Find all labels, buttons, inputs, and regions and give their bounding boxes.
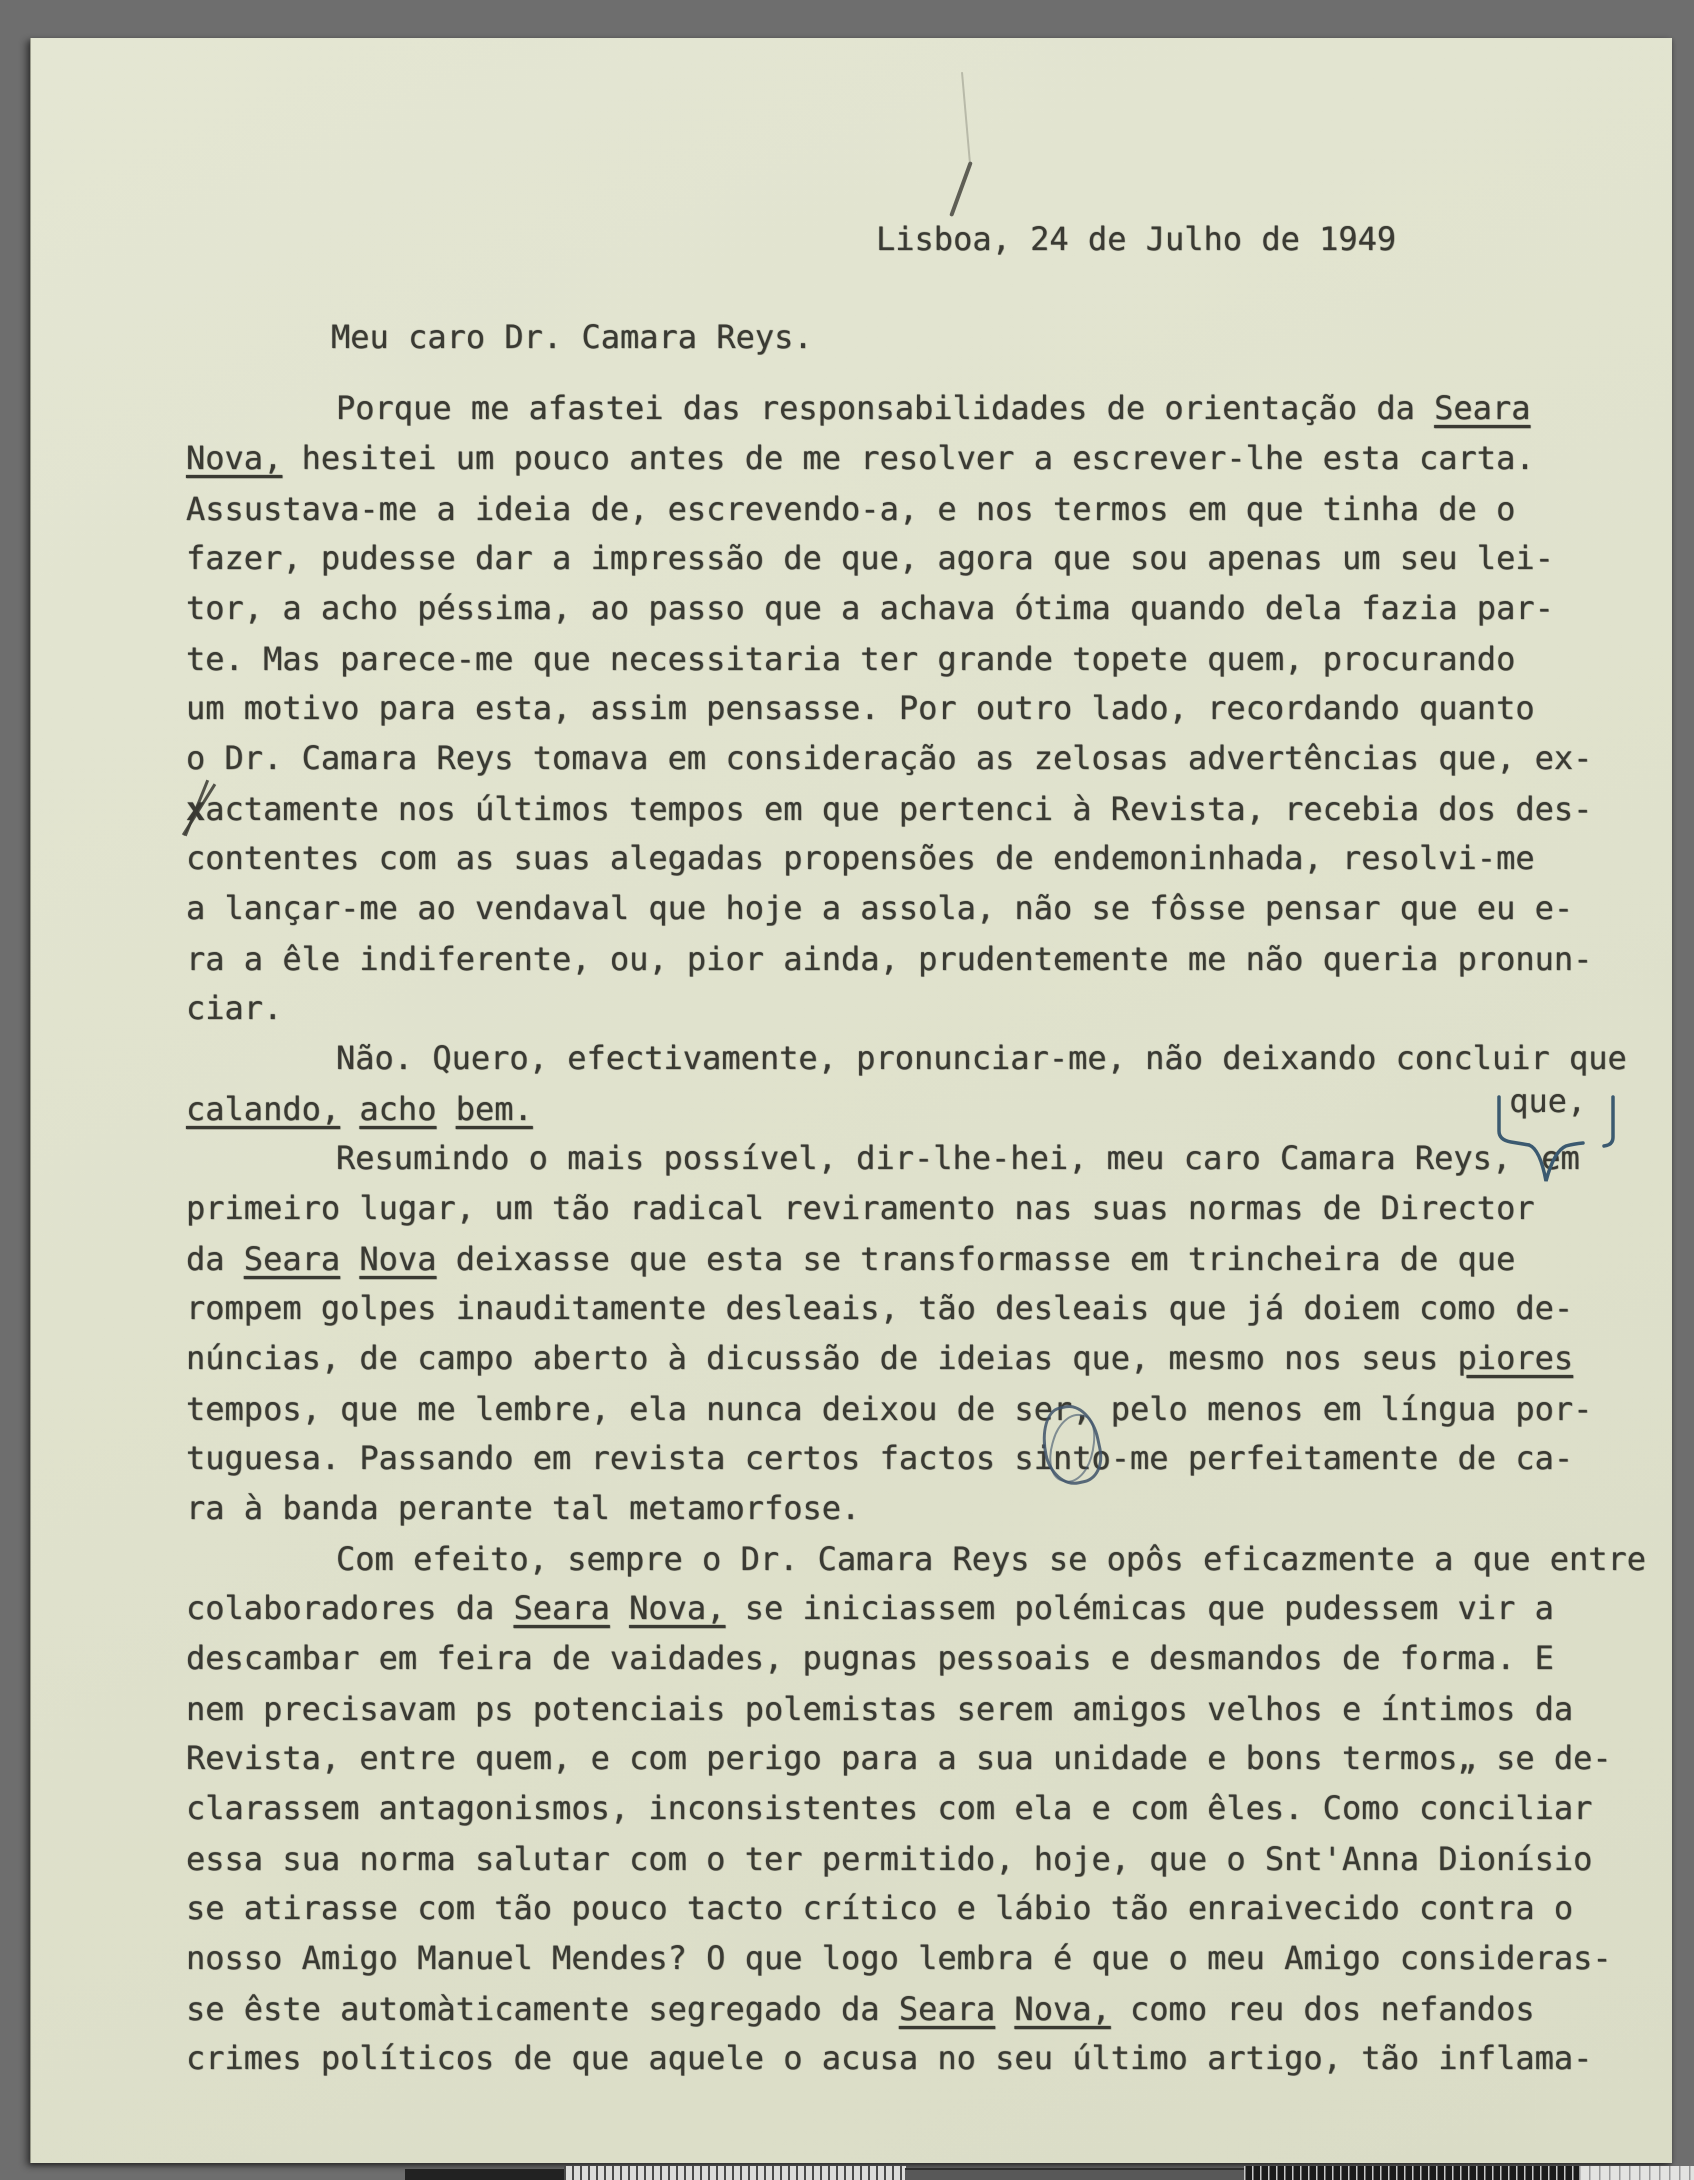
pen-stroke-mark: [949, 161, 973, 217]
calibration-white-block: [1579, 2166, 1694, 2180]
letter-line: essa sua norma salutar com o ter permiti…: [186, 1834, 1646, 1884]
letter-line: ra à banda perante tal metamorfose.: [186, 1483, 1646, 1533]
letter-line: primeiro lugar, um tão radical reviramen…: [186, 1183, 1646, 1233]
letter-line: se êste automàticamente segregado da Sea…: [186, 1984, 1646, 2034]
letter-line: te. Mas parece-me que necessitaria ter g…: [186, 634, 1646, 684]
insertion-caret-anchor: que,: [1511, 1137, 1541, 1169]
letter-line: colaboradores da Seara Nova, se iniciass…: [186, 1583, 1646, 1633]
letter-line: Nova, hesitei um pouco antes de me resol…: [186, 433, 1646, 483]
scan-background: Lisboa, 24 de Julho de 1949 Meu caro Dr.…: [0, 0, 1694, 2180]
letter-line: Não. Quero, efectivamente, pronunciar-me…: [186, 1033, 1646, 1083]
letter-line: fazer, pudesse dar a impressão de que, a…: [186, 533, 1646, 583]
letter-line: Assustava-me a ideia de, escrevendo-a, e…: [186, 484, 1646, 534]
letter-line: tuguesa. Passando em revista certos fact…: [186, 1433, 1646, 1483]
salutation: Meu caro Dr. Camara Reys.: [331, 312, 813, 362]
date-line: Lisboa, 24 de Julho de 1949: [876, 214, 1396, 264]
letter-paper: Lisboa, 24 de Julho de 1949 Meu caro Dr.…: [30, 38, 1672, 2163]
letter-body: Porque me afastei das responsabilidades …: [186, 383, 1646, 2083]
letter-line: da Seara Nova deixasse que esta se trans…: [186, 1234, 1646, 1284]
calibration-gray-block: [905, 2168, 1245, 2180]
letter-line: crimes políticos de que aquele o acusa n…: [186, 2033, 1646, 2083]
paper-scratch: [961, 72, 971, 164]
letter-line: Revista, entre quem, e com perigo para a…: [186, 1733, 1646, 1783]
letter-line: Resumindo o mais possível, dir-lhe-hei, …: [186, 1133, 1646, 1183]
letter-line: a lançar-me ao vendaval que hoje a assol…: [186, 883, 1646, 933]
calibration-black-ruler: [1244, 2166, 1580, 2180]
letter-line: calando, acho bem.: [186, 1084, 1646, 1134]
letter-line: rompem golpes inauditamente desleais, tã…: [186, 1283, 1646, 1333]
letter-line: tempos, que me lembre, ela nunca deixou …: [186, 1384, 1646, 1434]
letter-line: ra a êle indiferente, ou, pior ainda, pr…: [186, 934, 1646, 984]
letter-line: xactamente nos últimos tempos em que per…: [186, 784, 1646, 834]
letter-line: se atirasse com tão pouco tacto crítico …: [186, 1883, 1646, 1933]
calibration-white-ruler: [564, 2166, 906, 2180]
letter-line: descambar em feira de vaidades, pugnas p…: [186, 1633, 1646, 1683]
letter-line: Com efeito, sempre o Dr. Camara Reys se …: [186, 1534, 1646, 1584]
letter-line: ciar.: [186, 983, 1646, 1033]
letter-line: o Dr. Camara Reys tomava em consideração…: [186, 733, 1646, 783]
letter-line: um motivo para esta, assim pensasse. Por…: [186, 683, 1646, 733]
letter-line: núncias, de campo aberto à dicussão de i…: [186, 1333, 1646, 1383]
letter-line: nem precisavam ps potenciais polemistas …: [186, 1684, 1646, 1734]
letter-line: contentes com as suas alegadas propensõe…: [186, 833, 1646, 883]
letter-line: Porque me afastei das responsabilidades …: [186, 383, 1646, 433]
calibration-black-block: [405, 2169, 565, 2180]
letter-line: nosso Amigo Manuel Mendes? O que logo le…: [186, 1933, 1646, 1983]
letter-line: clarassem antagonismos, inconsistentes c…: [186, 1783, 1646, 1833]
letter-line: tor, a acho péssima, ao passo que a acha…: [186, 583, 1646, 633]
